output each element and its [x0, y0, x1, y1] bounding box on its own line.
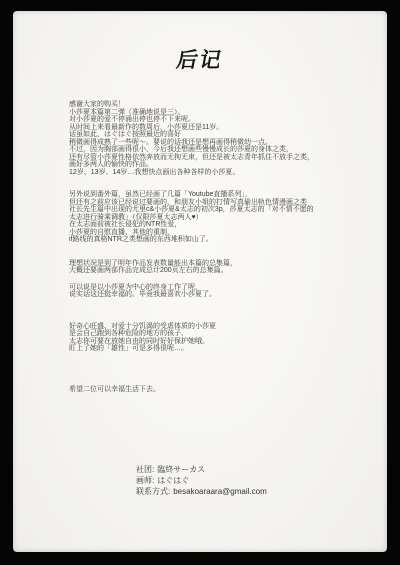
credit-label: 画师: [136, 476, 154, 485]
text-line: 画好多两人的愉快的作品。 [69, 161, 359, 169]
paragraph: 另外说到番外篇，虽然已经画了几篇「Youtube直播系列」，但还有之前应该已经说… [69, 191, 359, 244]
page-title: 后记 [174, 44, 225, 74]
photo-background: 后记 感谢大家的购买！小莎夏本篇第二弹（准确地说是三）。对小莎夏的爱不停涌出停也… [0, 0, 400, 565]
text-line: 小莎夏的自慰直播、其他的重制， [69, 229, 359, 237]
afterword-body: 感谢大家的购买！小莎夏本篇第二弹（准确地说是三）。对小莎夏的爱不停涌出停也停不下… [69, 101, 359, 393]
credit-line: 社团:臨終サーカス [136, 464, 267, 475]
text-line: 太志进行骑乘调教」（仅限莎夏太志两人♥） [69, 214, 359, 222]
credit-value: 臨終サーカス [157, 465, 205, 474]
text-line: 话虽如此，はぐはぐ按照最近的喜好 [69, 131, 359, 139]
text-line: 稍微画得成熟了一些呢～。要说的话我还是想再画得稍微幼一点。 [69, 139, 359, 147]
credit-label: 联系方式: [136, 487, 170, 496]
text-line: 在太志面前被社长侵犯的NTR性爱， [69, 221, 359, 229]
text-line: 希望二位可以幸福生活下去。 [69, 386, 359, 394]
paragraph: 希望二位可以幸福生活下去。 [69, 386, 359, 394]
credit-value: besakoaraara@gmail.com [173, 487, 267, 496]
text-line: 12岁、13岁、14岁…我想快点画出各种各样的小莎夏。 [69, 169, 359, 177]
text-line: 好奇心旺盛、对爱十分饥渴的受虐体质的小莎夏 [69, 323, 359, 331]
credit-value: はぐはぐ [157, 476, 189, 485]
text-line: 是会自己跑到各种危险的地方的孩子， [69, 330, 359, 338]
paragraph: 好奇心旺盛、对爱十分饥渴的受虐体质的小莎夏是会自己跑到各种危险的地方的孩子，太志… [69, 323, 359, 353]
text-line: 盯上了她的「雄性」可是多得很呢…。 [69, 345, 359, 353]
text-line: 理想状况是到了明年作品发表数量能出本篇的总集篇， [69, 260, 359, 268]
title-row: 后记 [13, 44, 387, 74]
text-line: 大概还要画两部作品完成总计200页左右的总集篇。 [69, 267, 359, 275]
text-line: 对小莎夏的爱不停涌出停也停不下来呢。 [69, 116, 359, 124]
text-line: 可以说是以小莎夏为中心的终身工作了呢， [69, 284, 359, 292]
paragraph: 可以说是以小莎夏为中心的终身工作了呢，说实话这还挺幸福的。毕竟我最喜欢小莎夏了。 [69, 284, 359, 299]
paragraph: 理想状况是到了明年作品发表数量能出本篇的总集篇，大概还要画两部作品完成总计200… [69, 260, 359, 275]
text-line: 另外说到番外篇，虽然已经画了几篇「Youtube直播系列」， [69, 191, 359, 199]
text-line: 小莎夏本篇第二弹（准确地说是三）。 [69, 109, 359, 117]
text-line: 从时间上来看最新作的数周后，小莎夏还是11岁。 [69, 124, 359, 132]
credit-line: 联系方式:besakoaraara@gmail.com [136, 486, 267, 497]
text-line: 还有尽管小莎夏性格依然奔放而无拘无束，但还是被太志青年抓住不放手之类， [69, 154, 359, 162]
credit-label: 社团: [136, 465, 154, 474]
text-line: 社长先生篇中出现的尤里c&小莎夏&太志的初次3p，莎夏太志的「对不情不愿的 [69, 206, 359, 214]
afterword-page: 后记 感谢大家的购买！小莎夏本篇第二弹（准确地说是三）。对小莎夏的爱不停涌出停也… [13, 11, 387, 552]
paragraph: 感谢大家的购买！小莎夏本篇第二弹（准确地说是三）。对小莎夏的爱不停涌出停也停不下… [69, 101, 359, 176]
text-line: 但还有之前应该已经说过要画的，和朋友小姐的打情写真偷出轨色情漫画之类 [69, 199, 359, 207]
text-line: 感谢大家的购买！ [69, 101, 359, 109]
credits-block: 社团:臨終サーカス画师:はぐはぐ联系方式:besakoaraara@gmail.… [136, 464, 267, 497]
text-line: if路线的真格NTR之类想画的东西堆积如山了。 [69, 236, 359, 244]
text-line: 太志你可要在放她自由的同时好好保护她哦。 [69, 338, 359, 346]
text-line: 说实话这还挺幸福的。毕竟我最喜欢小莎夏了。 [69, 291, 359, 299]
credit-line: 画师:はぐはぐ [136, 475, 267, 486]
text-line: 不过，因为胸部画得很小，今后我还想画些慢慢成长的莎夏的身体之类， [69, 146, 359, 154]
